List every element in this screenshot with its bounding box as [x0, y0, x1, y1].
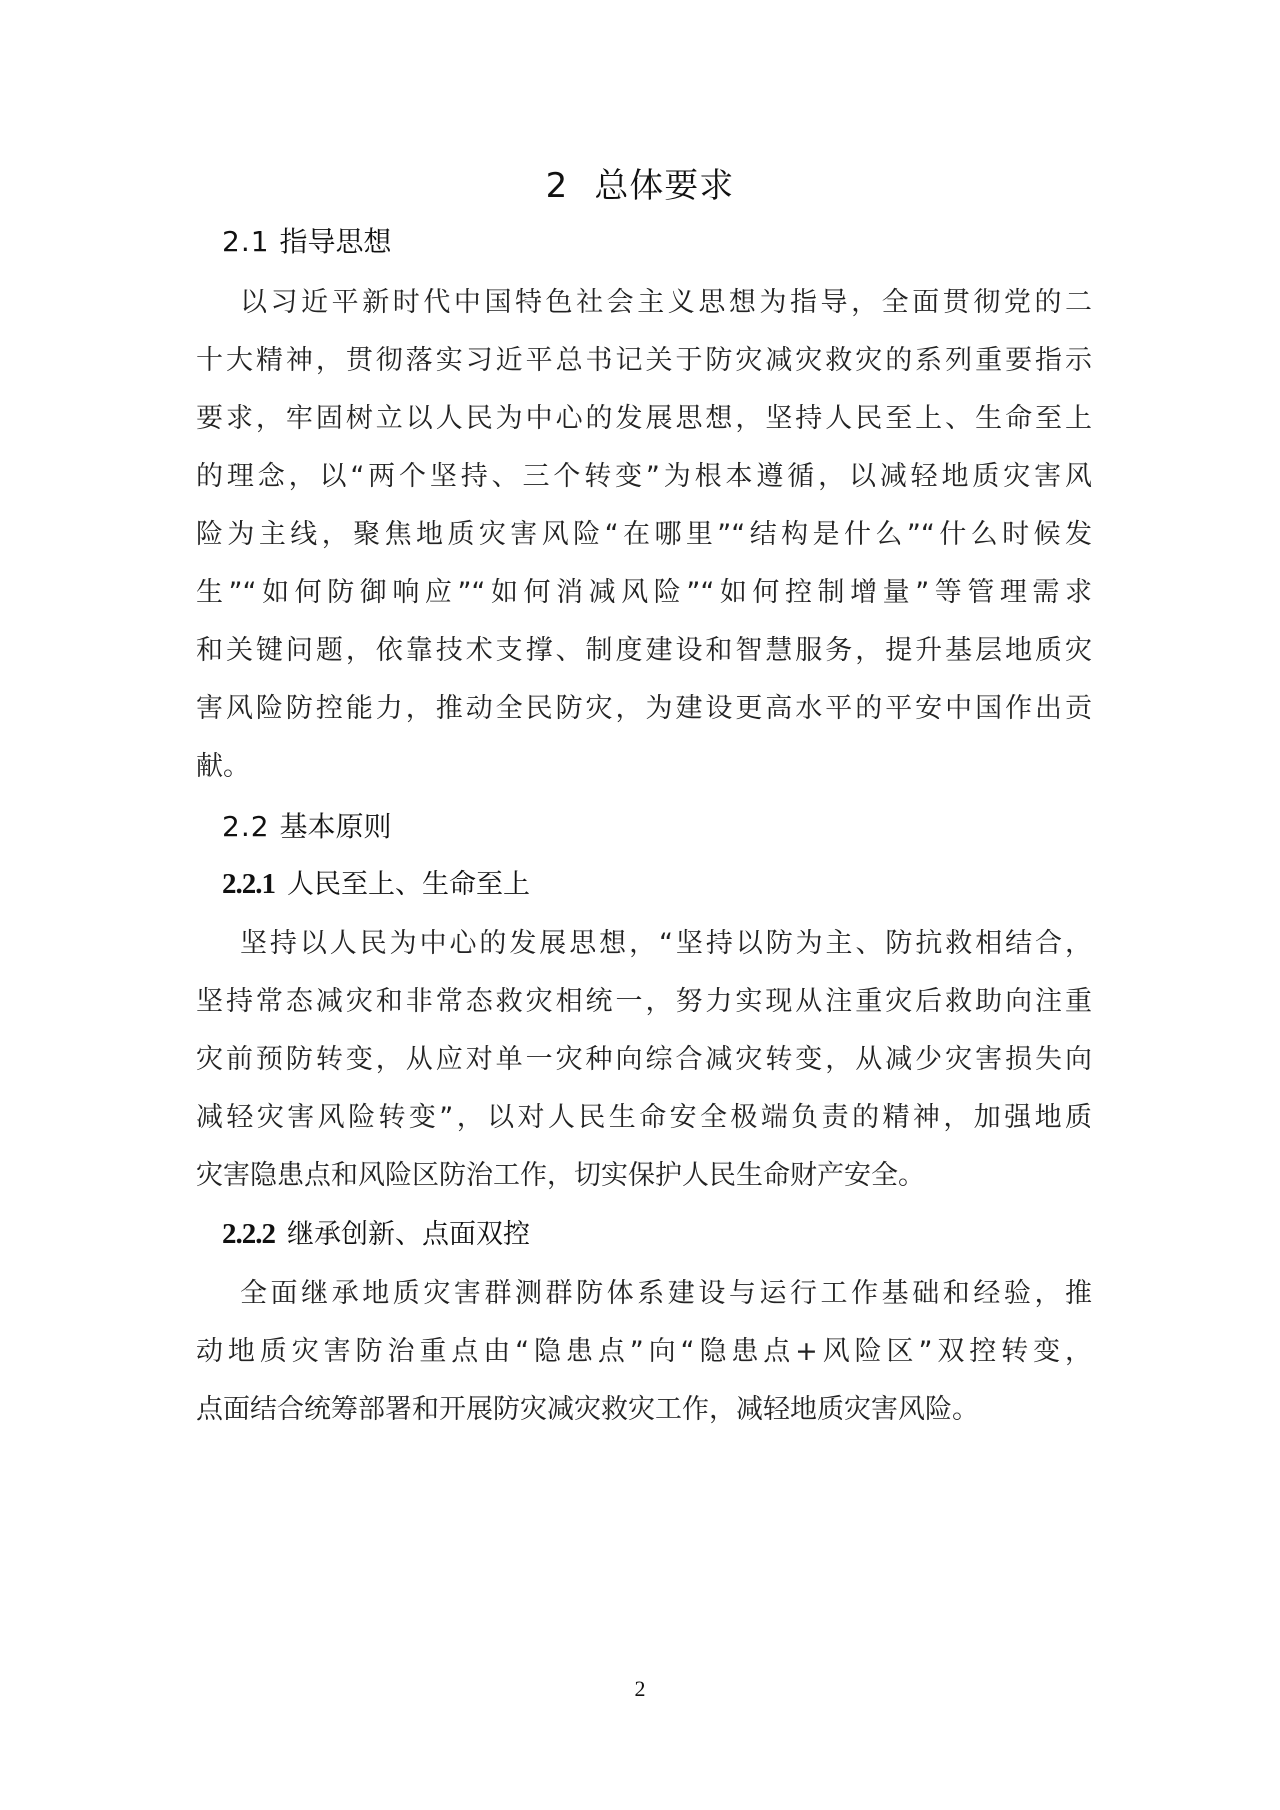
paragraph-line: 献。 — [196, 749, 1092, 785]
paragraph-line: 险为主线，聚焦地质灾害风险“在哪里”“结构是什么”“什么时候发 — [196, 517, 1092, 553]
document-page: 2总体要求 2.1指导思想 以习近平新时代中国特色社会主义思想为指导，全面贯彻党… — [0, 0, 1280, 1810]
section-number: 2.1 — [222, 225, 270, 258]
section-heading-2-1: 2.1指导思想 — [222, 224, 392, 260]
paragraph-line: 动地质灾害防治重点由“隐患点”向“隐患点+风险区”双控转变， — [196, 1334, 1092, 1370]
paragraph-line: 十大精神，贯彻落实习近平总书记关于防灾减灾救灾的系列重要指示 — [196, 343, 1092, 379]
paragraph-line: 减轻灾害风险转变”，以对人民生命安全极端负责的精神，加强地质 — [196, 1100, 1092, 1136]
subsection-number: 2.2.1 — [222, 868, 275, 900]
paragraph-line: 生”“如何防御响应”“如何消减风险”“如何控制增量”等管理需求 — [196, 575, 1092, 611]
subsection-number: 2.2.2 — [222, 1218, 275, 1250]
subsection-heading-2-2-2: 2.2.2继承创新、点面双控 — [222, 1216, 530, 1253]
page-number: 2 — [0, 1676, 1280, 1702]
paragraph-line: 以习近平新时代中国特色社会主义思想为指导，全面贯彻党的二 — [240, 285, 1092, 321]
chapter-title-text: 总体要求 — [594, 166, 734, 206]
subsection-heading-2-2-1: 2.2.1人民至上、生命至上 — [222, 866, 530, 903]
section-title: 基本原则 — [280, 810, 392, 843]
paragraph-line: 点面结合统筹部署和开展防灾减灾救灾工作，减轻地质灾害风险。 — [196, 1392, 1092, 1428]
paragraph-line: 灾前预防转变，从应对单一灾种向综合减灾转变，从减少灾害损失向 — [196, 1042, 1092, 1078]
paragraph-line: 坚持以人民为中心的发展思想，“坚持以防为主、防抗救相结合， — [240, 926, 1092, 962]
paragraph-line: 全面继承地质灾害群测群防体系建设与运行工作基础和经验，推 — [240, 1276, 1092, 1312]
paragraph-line: 害风险防控能力，推动全民防灾，为建设更高水平的平安中国作出贡 — [196, 691, 1092, 727]
section-heading-2-2: 2.2基本原则 — [222, 809, 392, 845]
chapter-number: 2 — [546, 166, 569, 206]
paragraph-line: 和关键问题，依靠技术支撑、制度建设和智慧服务，提升基层地质灾 — [196, 633, 1092, 669]
subsection-title: 继承创新、点面双控 — [287, 1219, 530, 1250]
subsection-title: 人民至上、生命至上 — [287, 869, 530, 900]
paragraph-line: 要求，牢固树立以人民为中心的发展思想，坚持人民至上、生命至上 — [196, 401, 1092, 437]
chapter-title: 2总体要求 — [0, 166, 1280, 206]
section-number: 2.2 — [222, 810, 270, 843]
section-title: 指导思想 — [280, 225, 392, 258]
paragraph-line: 坚持常态减灾和非常态救灾相统一，努力实现从注重灾后救助向注重 — [196, 984, 1092, 1020]
paragraph-line: 的理念，以“两个坚持、三个转变”为根本遵循，以减轻地质灾害风 — [196, 459, 1092, 495]
paragraph-line: 灾害隐患点和风险区防治工作，切实保护人民生命财产安全。 — [196, 1158, 1092, 1194]
